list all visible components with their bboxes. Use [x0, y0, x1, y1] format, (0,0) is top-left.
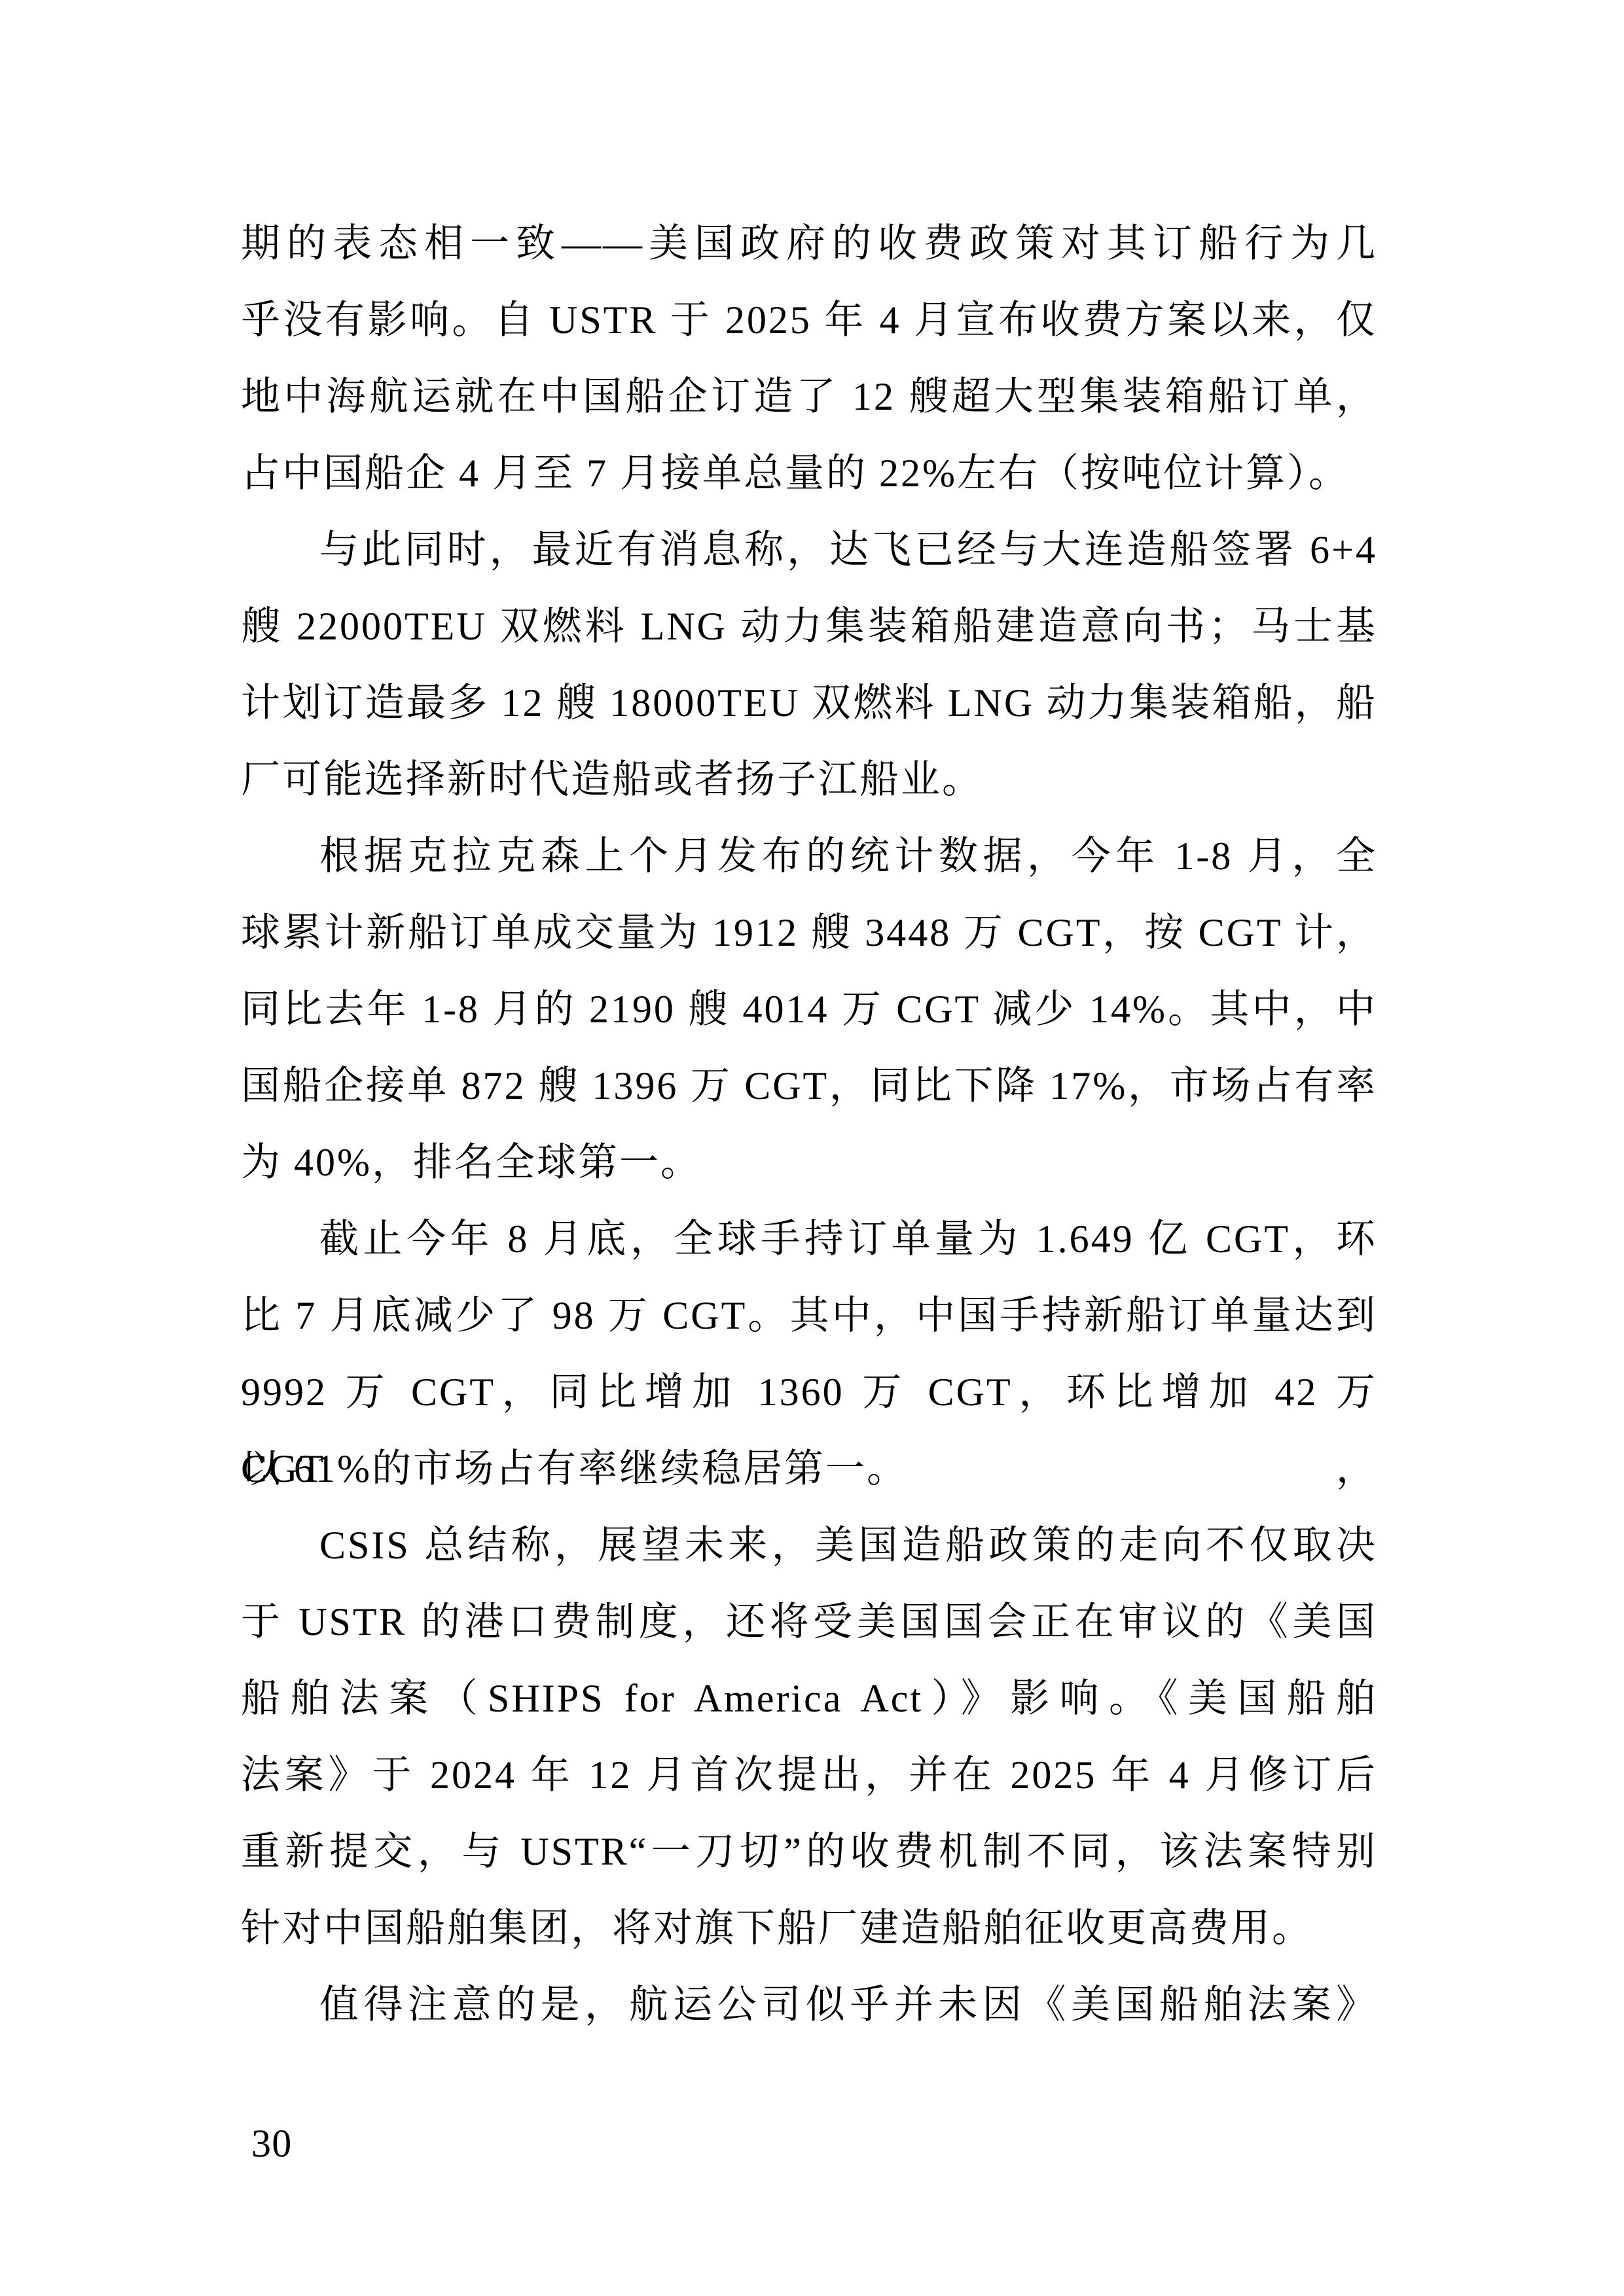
text-line-18: CSIS 总结称，展望未来，美国造船政策的走向不仅取决: [241, 1507, 1377, 1584]
text-line-6: 艘 22000TEU 双燃料 LNG 动力集装箱船建造意向书；马士基: [241, 588, 1377, 665]
text-line-10: 球累计新船订单成交量为 1912 艘 3448 万 CGT，按 CGT 计，: [241, 895, 1377, 971]
text-line-13: 为 40%，排名全球第一。: [241, 1124, 1377, 1201]
text-line-3: 地中海航运就在中国船企订造了 12 艘超大型集装箱船订单，: [241, 359, 1377, 435]
text-line-7: 计划订造最多 12 艘 18000TEU 双燃料 LNG 动力集装箱船，船: [241, 665, 1377, 742]
text-line-15: 比 7 月底减少了 98 万 CGT。其中，中国手持新船订单量达到: [241, 1278, 1377, 1354]
text-line-5: 与此同时，最近有消息称，达飞已经与大连造船签署 6+4: [241, 512, 1377, 588]
text-line-1: 期的表态相一致——美国政府的收费政策对其订船行为几: [241, 206, 1377, 282]
text-line-11: 同比去年 1-8 月的 2190 艘 4014 万 CGT 减少 14%。其中，…: [241, 971, 1377, 1048]
body-text: 期的表态相一致——美国政府的收费政策对其订船行为几乎没有影响。自 USTR 于 …: [241, 206, 1377, 2043]
text-line-19: 于 USTR 的港口费制度，还将受美国国会正在审议的《美国: [241, 1584, 1377, 1660]
text-line-12: 国船企接单 872 艘 1396 万 CGT，同比下降 17%，市场占有率: [241, 1048, 1377, 1124]
text-line-9: 根据克拉克森上个月发布的统计数据，今年 1-8 月，全: [241, 818, 1377, 895]
text-line-22: 重新提交，与 USTR“一刀切”的收费机制不同，该法案特别: [241, 1814, 1377, 1890]
page-number: 30: [251, 2122, 292, 2165]
text-line-20: 船舶法案（SHIPS for America Act）》影响。《美国船舶: [241, 1660, 1377, 1737]
document-page: 期的表态相一致——美国政府的收费政策对其订船行为几乎没有影响。自 USTR 于 …: [0, 0, 1624, 2296]
text-line-14: 截止今年 8 月底，全球手持订单量为 1.649 亿 CGT，环: [241, 1201, 1377, 1278]
text-line-4: 占中国船企 4 月至 7 月接单总量的 22%左右（按吨位计算）。: [241, 435, 1377, 512]
text-line-2: 乎没有影响。自 USTR 于 2025 年 4 月宣布收费方案以来，仅: [241, 282, 1377, 359]
text-line-16: 9992 万 CGT，同比增加 1360 万 CGT，环比增加 42 万 CGT…: [241, 1354, 1377, 1431]
text-line-24: 值得注意的是，航运公司似乎并未因《美国船舶法案》: [241, 1967, 1377, 2043]
text-line-21: 法案》于 2024 年 12 月首次提出，并在 2025 年 4 月修订后: [241, 1737, 1377, 1814]
text-line-23: 针对中国船舶集团，将对旗下船厂建造船舶征收更高费用。: [241, 1890, 1377, 1967]
text-line-8: 厂可能选择新时代造船或者扬子江船业。: [241, 742, 1377, 818]
